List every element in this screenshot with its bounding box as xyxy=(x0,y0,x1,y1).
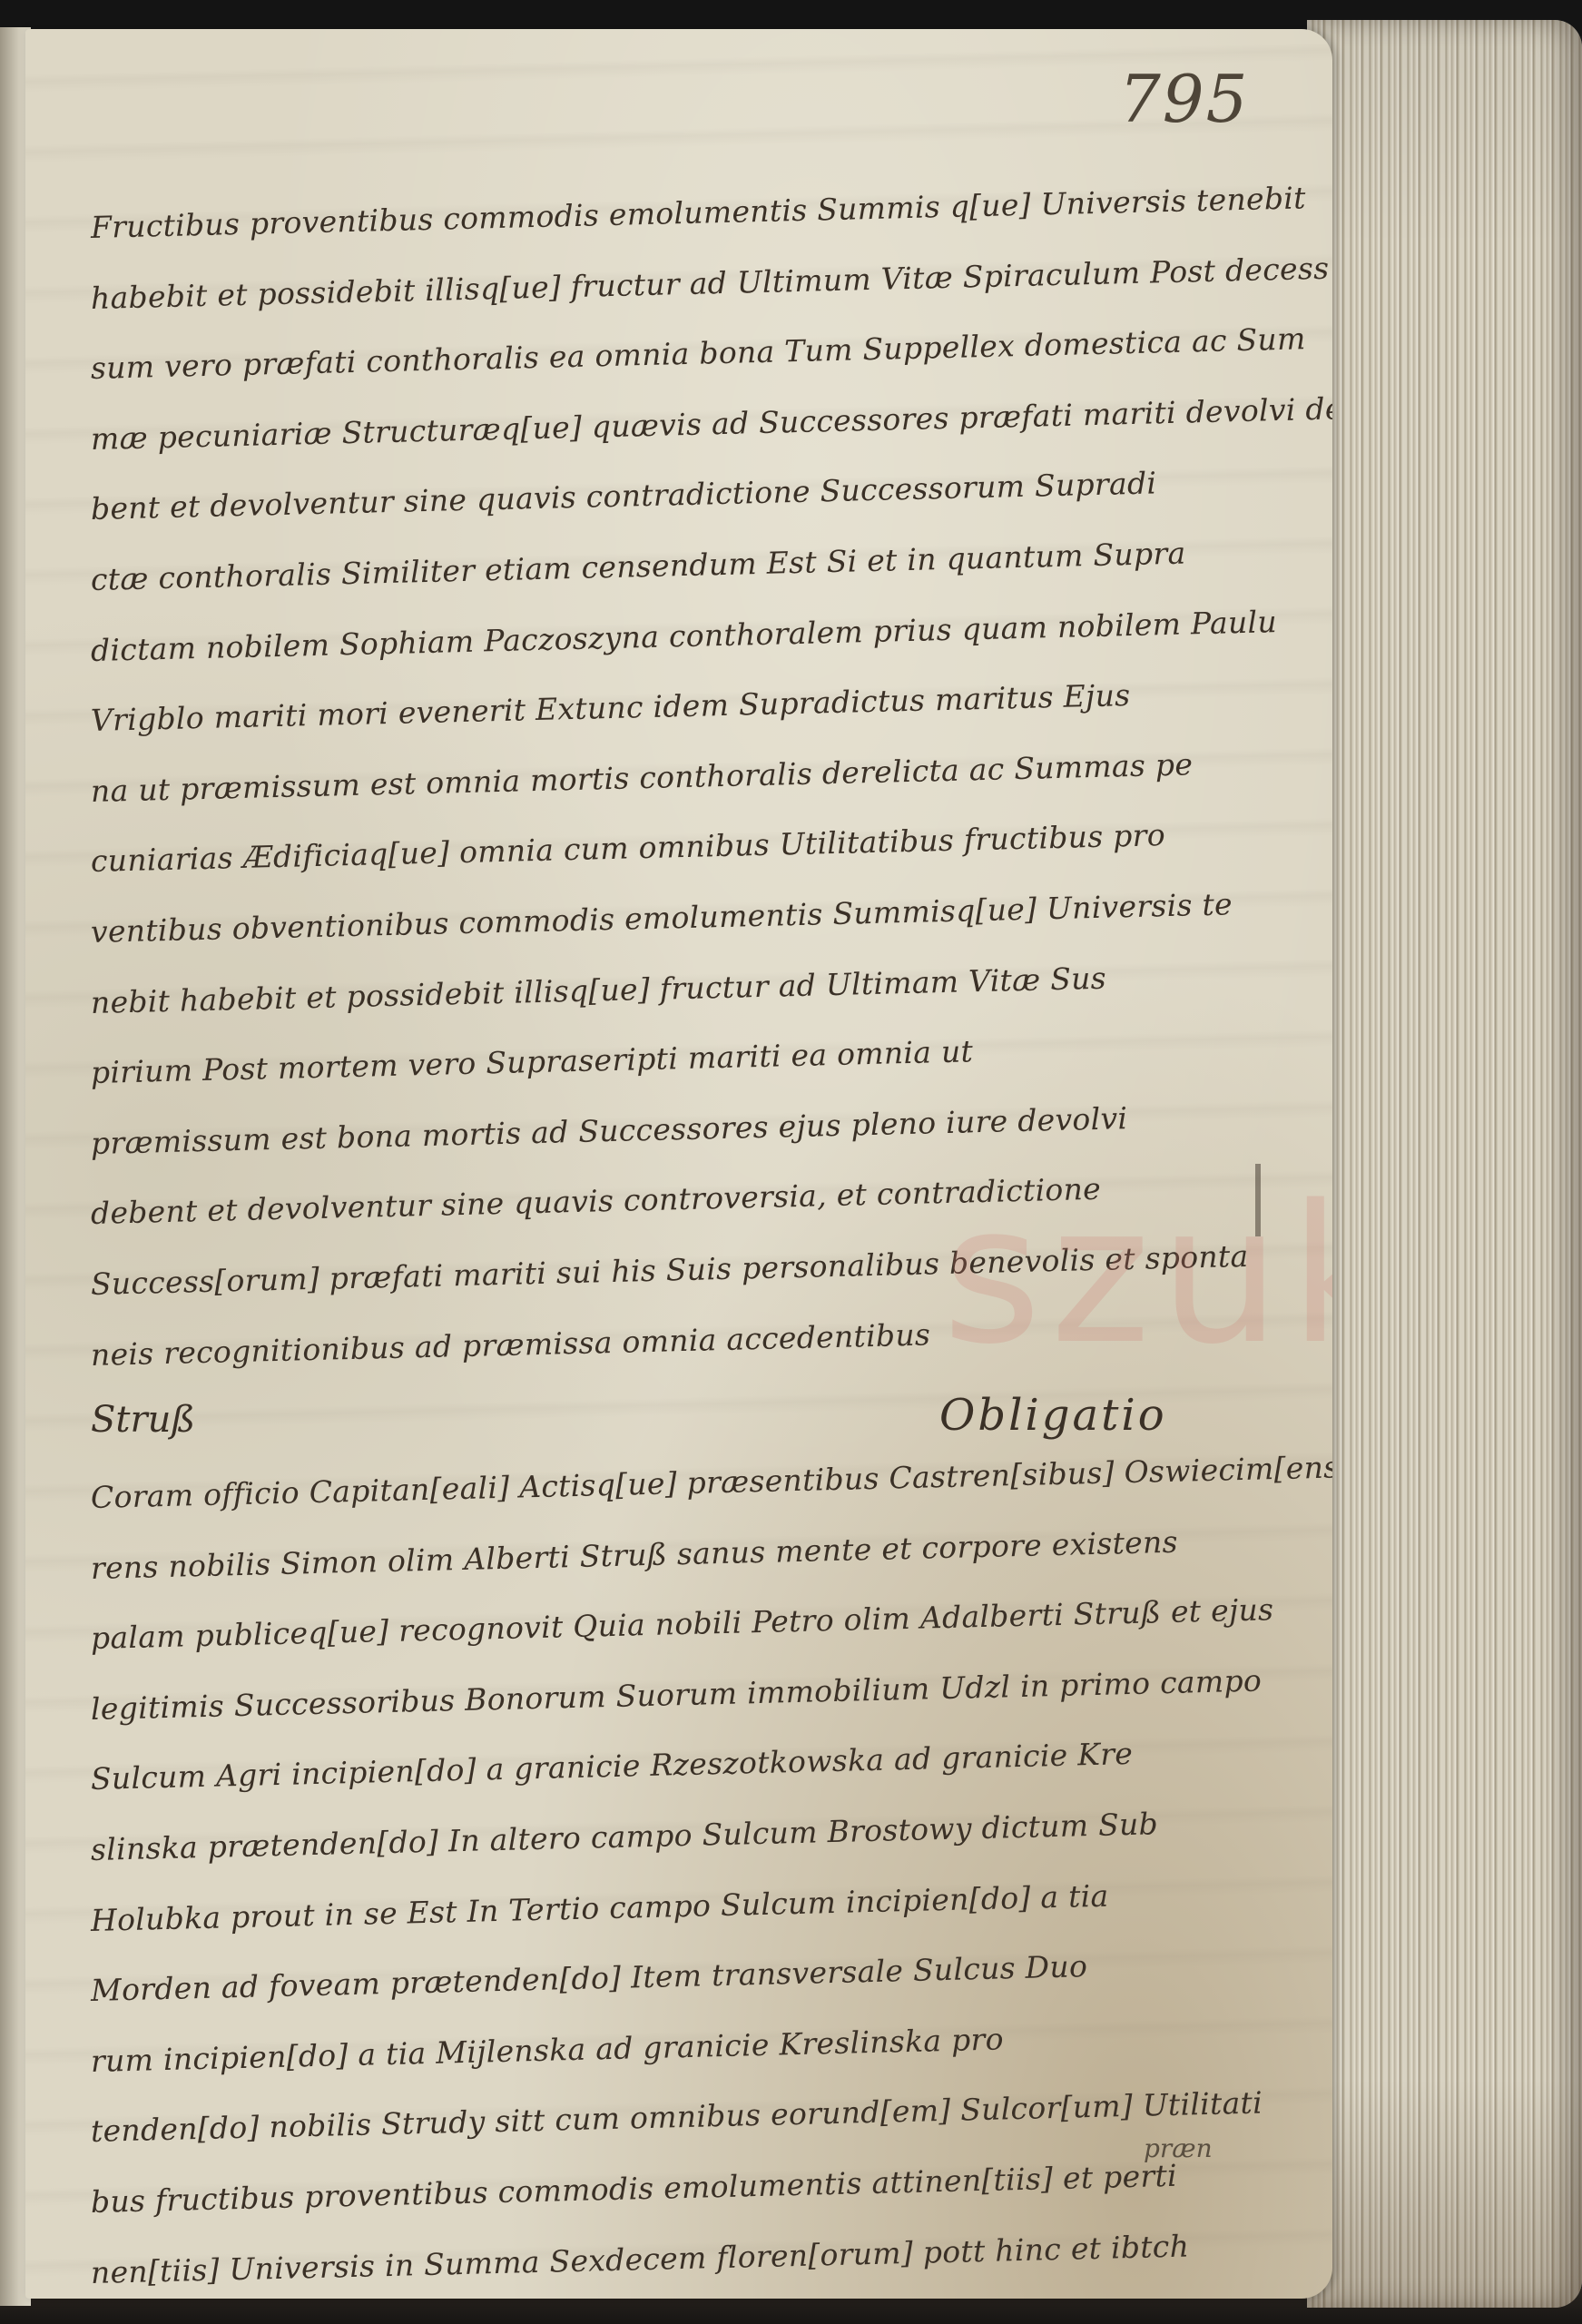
entry-title: Obligatio xyxy=(939,1390,1167,1441)
book-fore-edge-page-stack xyxy=(1307,20,1582,2308)
paragraph-testament: Fructibus proventibus commodis emolument… xyxy=(91,192,1198,1390)
paragraph-obligatio: Coram officio Capitan[eali] Actisq[ue] p… xyxy=(91,1462,1198,2299)
manuscript-page: 795 Fructibus proventibus commodis emolu… xyxy=(25,29,1332,2299)
edge-ink-mark xyxy=(1255,1164,1261,1236)
marginal-surname: Struß xyxy=(91,1399,195,1441)
catchword: præn xyxy=(1144,2133,1213,2163)
text-block: Fructibus proventibus commodis emolument… xyxy=(91,192,1198,2299)
folio-number: 795 xyxy=(1119,61,1249,137)
